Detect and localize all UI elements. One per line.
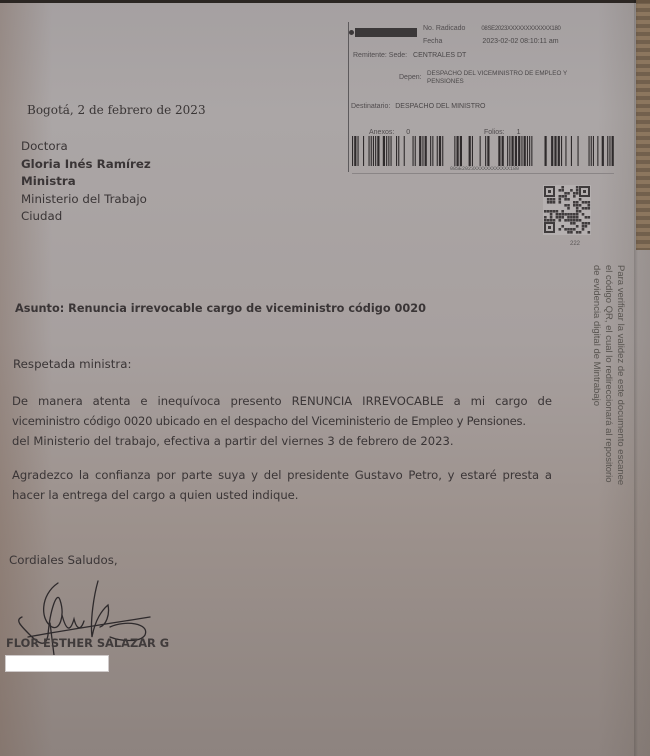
qr-note-line1: Para verificar la validez de este docume… [614,265,626,485]
table-surface [636,0,650,250]
paragraph1-line2: viceministro código 0020 ubicado en el d… [12,411,552,431]
remitente-value: CENTRALES DT [413,52,466,59]
folios-row: Folios: 1 [484,129,520,136]
radicado-row: No. Radicado 08SE2023XXXXXXXXXXXX180 [423,25,561,32]
logo-dot-icon [349,30,354,35]
qr-note-line2: el código QR, el cual lo redireccionará … [602,265,614,485]
ministry-logo [355,28,417,37]
paragraph-thanks: Agradezco la confianza por parte suya y … [12,465,552,505]
stamp-divider [352,173,614,174]
paragraph2-line1: Agradezco la confianza por parte suya y … [12,465,552,485]
recipient-title: Doctora [21,138,151,156]
radicado-label: No. Radicado [423,25,465,32]
anexos-label: Anexos: [369,129,394,136]
fecha-value: 2023-02-02 08:10:11 am [482,38,558,45]
paragraph1-line1: De manera atenta e inequívoca presento R… [12,391,552,411]
svg-text:222: 222 [570,241,581,247]
barcode [352,136,614,166]
radicado-value: 08SE2023XXXXXXXXXXXX180 [481,26,560,32]
qr-note-line3: de evidencia digital de Mintrabajo [590,265,602,485]
subject-line: Asunto: Renuncia irrevocable cargo de vi… [15,302,426,315]
letter-date: Bogotá, 2 de febrero de 2023 [27,103,206,117]
depen-value-line1: DESPACHO DEL VICEMINISTRO DE EMPLEO Y [427,70,567,78]
anexos-row: Anexos: 0 [369,129,410,136]
paragraph-resignation: De manera atenta e inequívoca presento R… [12,391,552,451]
depen-row: Depen: [399,74,422,81]
qr-verification-note: Para verificar la validez de este docume… [590,265,626,485]
subject-text: : Renuncia irrevocable cargo de vicemini… [60,302,426,315]
redaction-box [5,655,109,672]
depen-value-line2: PENSIONES [427,78,567,86]
folios-value: 1 [517,129,521,136]
photo-top-edge [0,0,650,3]
fecha-row: Fecha 2023-02-02 08:10:11 am [423,38,559,45]
remitente-label: Remitente: Sede: [353,52,407,59]
recipient-name: Gloria Inés Ramírez [21,156,151,174]
fecha-label: Fecha [423,38,442,45]
recipient-block: Doctora Gloria Inés Ramírez Ministra Min… [21,138,151,226]
paragraph2-line2: hacer la entrega del cargo a quien usted… [12,485,552,505]
recipient-organization: Ministerio del Trabajo [21,191,151,209]
depen-value: DESPACHO DEL VICEMINISTRO DE EMPLEO Y PE… [427,70,567,86]
folios-label: Folios: [484,129,505,136]
recipient-position: Ministra [21,173,151,191]
closing: Cordiales Saludos, [9,553,118,567]
anexos-value: 0 [406,129,410,136]
depen-label: Depen: [399,74,422,81]
destinatario-value: DESPACHO DEL MINISTRO [395,103,485,110]
barcode-number: 08SE2023XXXXXXXXXXXX180 [450,166,519,172]
qr-code-icon[interactable]: 222 [543,185,591,250]
salutation: Respetada ministra: [13,357,132,371]
remitente-row: Remitente: Sede: CENTRALES DT [353,52,466,59]
paper-edge [634,0,638,756]
subject-label: Asunto [15,302,60,315]
destinatario-label: Destinatario: [351,103,390,110]
paragraph1-line3: del Ministerio del trabajo, efectiva a p… [12,431,552,451]
recipient-city: Ciudad [21,208,151,226]
destinatario-row: Destinatario: DESPACHO DEL MINISTRO [351,103,485,110]
signer-name: FLOR ESTHER SALAZAR G [6,636,169,650]
